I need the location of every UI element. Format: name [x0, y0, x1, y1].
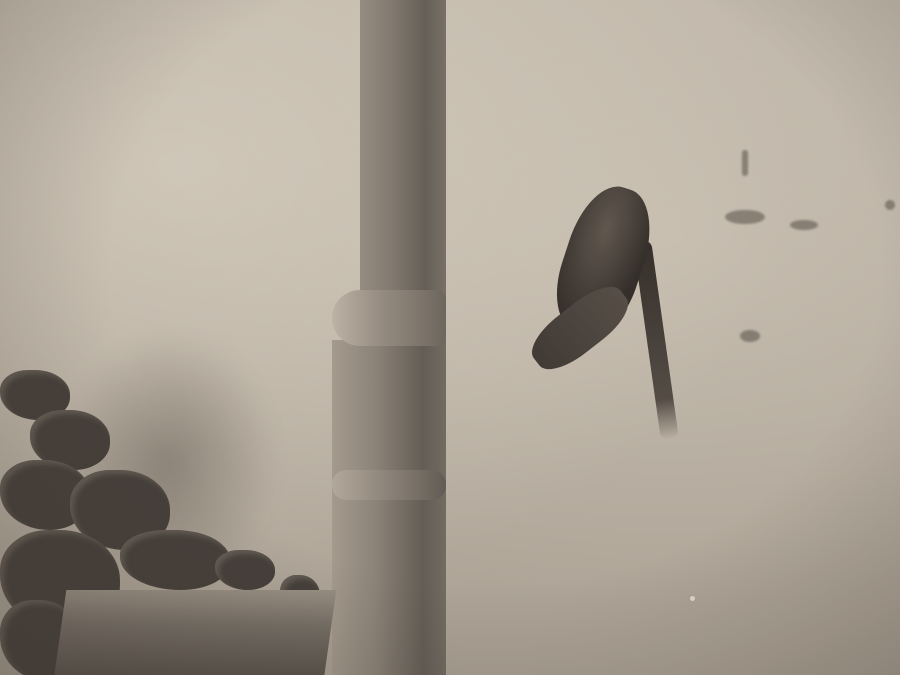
- stone-ledge: [54, 590, 337, 675]
- column-base: [332, 340, 446, 675]
- debris-rock: [120, 530, 230, 590]
- wall-stain: [885, 200, 895, 210]
- wall-stain: [740, 330, 760, 342]
- wall-stain: [725, 210, 765, 224]
- column-ring: [332, 470, 446, 500]
- wall-stain: [790, 220, 818, 230]
- debris-rock: [215, 550, 275, 590]
- wall-stain: [742, 150, 748, 176]
- photograph: [0, 0, 900, 675]
- column-collar: [332, 290, 446, 346]
- hanging-object: [515, 185, 675, 440]
- wall-fleck: [690, 596, 695, 601]
